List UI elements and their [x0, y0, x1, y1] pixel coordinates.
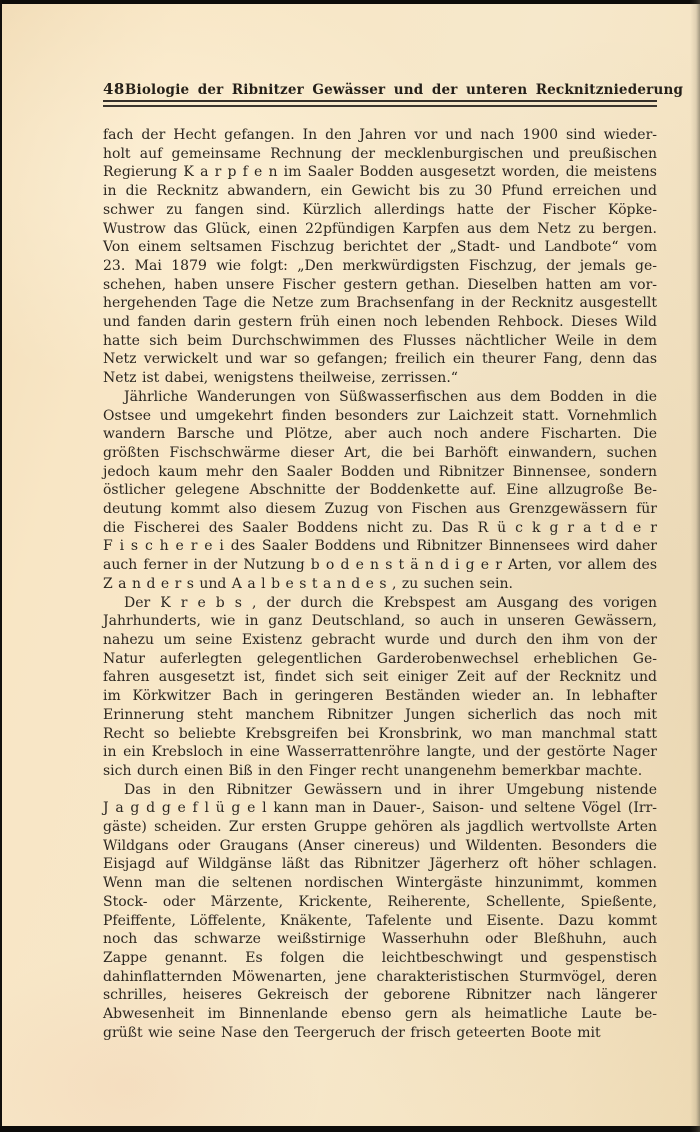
text-line: schwer zu fangen sind. Kürzlich allerdin…	[103, 201, 657, 220]
text-line: Eisjagd auf Wildgänse läßt das Ribnitzer…	[103, 855, 657, 874]
text-line: in ein Krebsloch in eine Wasserrattenröh…	[103, 743, 657, 762]
text-line: Wustrow das Glück, einen 22pfündigen Kar…	[103, 220, 657, 239]
text-line: Das in den Ribnitzer Gewässern und in ih…	[103, 781, 657, 800]
page-body: fach der Hecht gefangen. In den Jahren v…	[103, 126, 657, 1042]
text-line: schehen, haben unsere Fischer gestern ge…	[103, 276, 657, 295]
text-line: Regierung K a r p f e n im Saaler Bodden…	[103, 163, 657, 182]
text-line: Natur auferlegten gelegentlichen Gardero…	[103, 650, 657, 669]
text-line: Netz ist dabei, wenigstens theilweise, z…	[103, 369, 657, 388]
text-line: wandern Barsche und Plötze, aber auch no…	[103, 425, 657, 444]
text-line: größten Fischschwärme dieser Art, die be…	[103, 444, 657, 463]
text-line: Abwesenheit im Binnenlande ebenso gern a…	[103, 1005, 657, 1024]
text-line: dahinflatternden Möwenarten, jene charak…	[103, 968, 657, 987]
paragraph: Jährliche Wanderungen von Süßwasserfisch…	[103, 388, 657, 594]
text-line: nahezu um seine Existenz gebracht wurde …	[103, 631, 657, 650]
text-line: und fanden darin gestern früh einen noch…	[103, 313, 657, 332]
text-line: Der K r e b s , der durch die Krebspest …	[103, 594, 657, 613]
text-line: Wildgans oder Graugans (Anser cinereus) …	[103, 837, 657, 856]
scan-edge-left	[0, 0, 2, 1132]
text-line: noch das schwarze weißstirnige Wasserhuh…	[103, 930, 657, 949]
text-line: Pfeiffente, Löffelente, Knäkente, Tafele…	[103, 912, 657, 931]
text-line: in die Recknitz abwandern, ein Gewicht b…	[103, 182, 657, 201]
text-line: sich durch einen Biß in den Finger recht…	[103, 762, 657, 781]
text-line: fach der Hecht gefangen. In den Jahren v…	[103, 126, 657, 145]
text-line: grüßt wie seine Nase den Teergeruch der …	[103, 1024, 657, 1043]
text-line: östlicher gelegene Abschnitte der Bodden…	[103, 481, 657, 500]
text-line: holt auf gemeinsame Rechnung der mecklen…	[103, 145, 657, 164]
text-line: 23. Mai 1879 wie folgt: „Den merkwürdigs…	[103, 257, 657, 276]
scan-edge-top	[0, 0, 700, 4]
paragraph: Der K r e b s , der durch die Krebspest …	[103, 594, 657, 781]
text-line: gäste) scheiden. Zur ersten Gruppe gehör…	[103, 818, 657, 837]
text-line: schrilles, heiseres Gekreisch der gebore…	[103, 986, 657, 1005]
text-line: auch ferner in der Nutzung b o d e n s t…	[103, 556, 657, 575]
scanned-book-page: 48 Biologie der Ribnitzer Gewässer und d…	[0, 0, 700, 1132]
text-line: J a g d g e f l ü g e l kann man in Daue…	[103, 799, 657, 818]
paragraph: fach der Hecht gefangen. In den Jahren v…	[103, 126, 657, 388]
text-line: Recht so beliebte Krebsgreifen bei Krons…	[103, 725, 657, 744]
scan-edge-right	[690, 0, 700, 1132]
header-double-rule	[103, 100, 657, 107]
text-line: Von einem seltsamen Fischzug berichtet d…	[103, 238, 657, 257]
scan-edge-bottom	[0, 1126, 700, 1132]
text-line: die Fischerei des Saaler Boddens nicht z…	[103, 519, 657, 538]
text-line: Jährliche Wanderungen von Süßwasserfisch…	[103, 388, 657, 407]
text-line: F i s c h e r e i des Saaler Boddens und…	[103, 537, 657, 556]
text-line: Z a n d e r s und A a l b e s t a n d e …	[103, 575, 657, 594]
text-line: Erinnerung steht manchem Ribnitzer Junge…	[103, 706, 657, 725]
text-line: Wenn man die seltenen nordischen Winterg…	[103, 874, 657, 893]
text-line: Netz verwickelt und war so gefangen; fre…	[103, 350, 657, 369]
text-line: deutung kommt also diesem Zuzug von Fisc…	[103, 500, 657, 519]
text-line: Stock- oder Märzente, Krickente, Reihere…	[103, 893, 657, 912]
text-line: hergehenden Tage die Netze zum Brachsenf…	[103, 294, 657, 313]
paragraph: Das in den Ribnitzer Gewässern und in ih…	[103, 781, 657, 1043]
text-line: Ostsee und umgekehrt finden besonders zu…	[103, 407, 657, 426]
text-line: hatte sich beim Durchschwimmen des Fluss…	[103, 332, 657, 351]
running-head: 48 Biologie der Ribnitzer Gewässer und d…	[103, 80, 657, 98]
text-line: im Körkwitzer Bach in geringeren Beständ…	[103, 687, 657, 706]
text-line: jedoch kaum mehr den Saaler Bodden und R…	[103, 463, 657, 482]
running-title: Biologie der Ribnitzer Gewässer und der …	[125, 82, 683, 98]
text-line: Jahrhunderts, wie in ganz Deutschland, s…	[103, 612, 657, 631]
text-line: fahren ausgesetzt ist, findet sich seit …	[103, 668, 657, 687]
page-number: 48	[103, 80, 125, 98]
text-line: Zappe genannt. Es folgen die leichtbesch…	[103, 949, 657, 968]
